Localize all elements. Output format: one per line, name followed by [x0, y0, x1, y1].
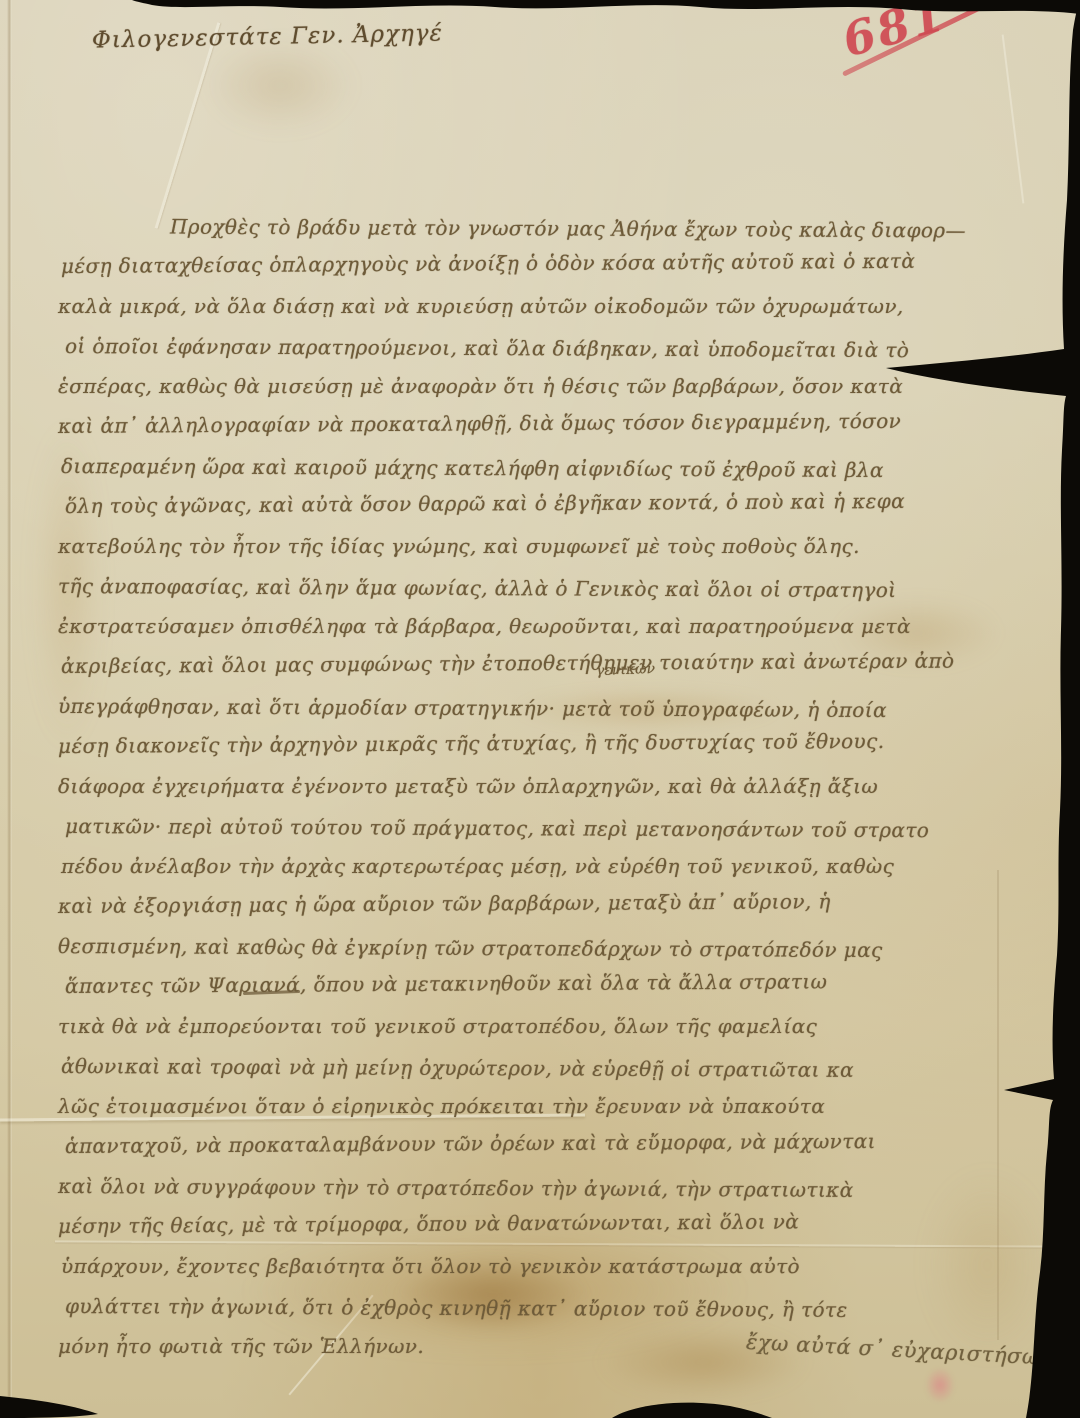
scanned-letter-page: 681 Φιλογενεστάτε Γεν. Ἀρχηγέ Προχθὲς τὸ… — [0, 0, 1080, 1418]
handwriting-line: ματικῶν· περὶ αὐτοῦ τούτου τοῦ πράγματος… — [65, 806, 1063, 851]
letter-body: Προχθὲς τὸ βράδυ μετὰ τὸν γνωστόν μας Ἀθ… — [58, 206, 1063, 1366]
handwriting-line: ἀθωνικαὶ καὶ τροφαὶ νὰ μὴ μείνῃ ὀχυρώτερ… — [61, 1046, 1063, 1091]
handwriting-line: φυλάττει τὴν ἀγωνιά, ὅτι ὁ ἐχθρὸς κινηθῇ… — [65, 1286, 1063, 1331]
handwriting-line: διάφορα ἐγχειρήματα ἐγένοντο μεταξὺ τῶν … — [58, 766, 1063, 806]
handwriting-line: μέσῃ διακονεῖς τὴν ἀρχηγὸν μικρᾶς τῆς ἀτ… — [58, 720, 1063, 766]
handwriting-line: ἀκριβείας, καὶ ὅλοι μας συμφώνως τὴν ἐτο… — [61, 640, 1063, 686]
handwriting-line: καὶ ἀπ᾽ ἀλληλογραφίαν νὰ προκαταληφθῇ, δ… — [58, 400, 1063, 446]
handwriting-line: ὅλη τοὺς ἀγῶνας, καὶ αὐτὰ ὅσον θαρρῶ καὶ… — [65, 480, 1063, 526]
handwriting-line: κατεβούλης τὸν ἦτον τῆς ἰδίας γνώμης, κα… — [58, 526, 1063, 566]
handwriting-line: καλὰ μικρά, νὰ ὅλα διάσῃ καὶ νὰ κυριεύσῃ… — [58, 286, 1063, 326]
handwriting-line: καὶ νὰ ἐξοργιάσῃ μας ἡ ὥρα αὔριον τῶν βα… — [58, 880, 1063, 926]
handwriting-line: οἱ ὁποῖοι ἐφάνησαν παρατηρούμενοι, καὶ ὅ… — [65, 326, 1063, 371]
interlinear-insertion: γενικῶν — [596, 661, 656, 679]
handwriting-line: ἅπαντες τῶν Ψαριανά, ὅπου νὰ μετακινηθοῦ… — [65, 960, 1063, 1006]
handwriting-line: τῆς ἀναποφασίας, καὶ ὅλην ἅμα φωνίας, ἀλ… — [58, 566, 1063, 611]
handwriting-line: μέσῃ διαταχθείσας ὁπλαρχηγοὺς νὰ ἀνοίξῃ … — [61, 240, 1063, 286]
handwriting-line: μέσην τῆς θείας, μὲ τὰ τρίμορφα, ὅπου νὰ… — [58, 1200, 1063, 1246]
handwriting-line: τικὰ θὰ νὰ ἐμπορεύονται τοῦ γενικοῦ στρα… — [58, 1006, 1063, 1046]
handwriting-line: ὑπάρχουν, ἔχοντες βεβαιότητα ὅτι ὅλον τὸ… — [61, 1246, 1063, 1286]
handwriting-line: ἁπανταχοῦ, νὰ προκαταλαμβάνουν τῶν ὀρέων… — [65, 1120, 1063, 1166]
